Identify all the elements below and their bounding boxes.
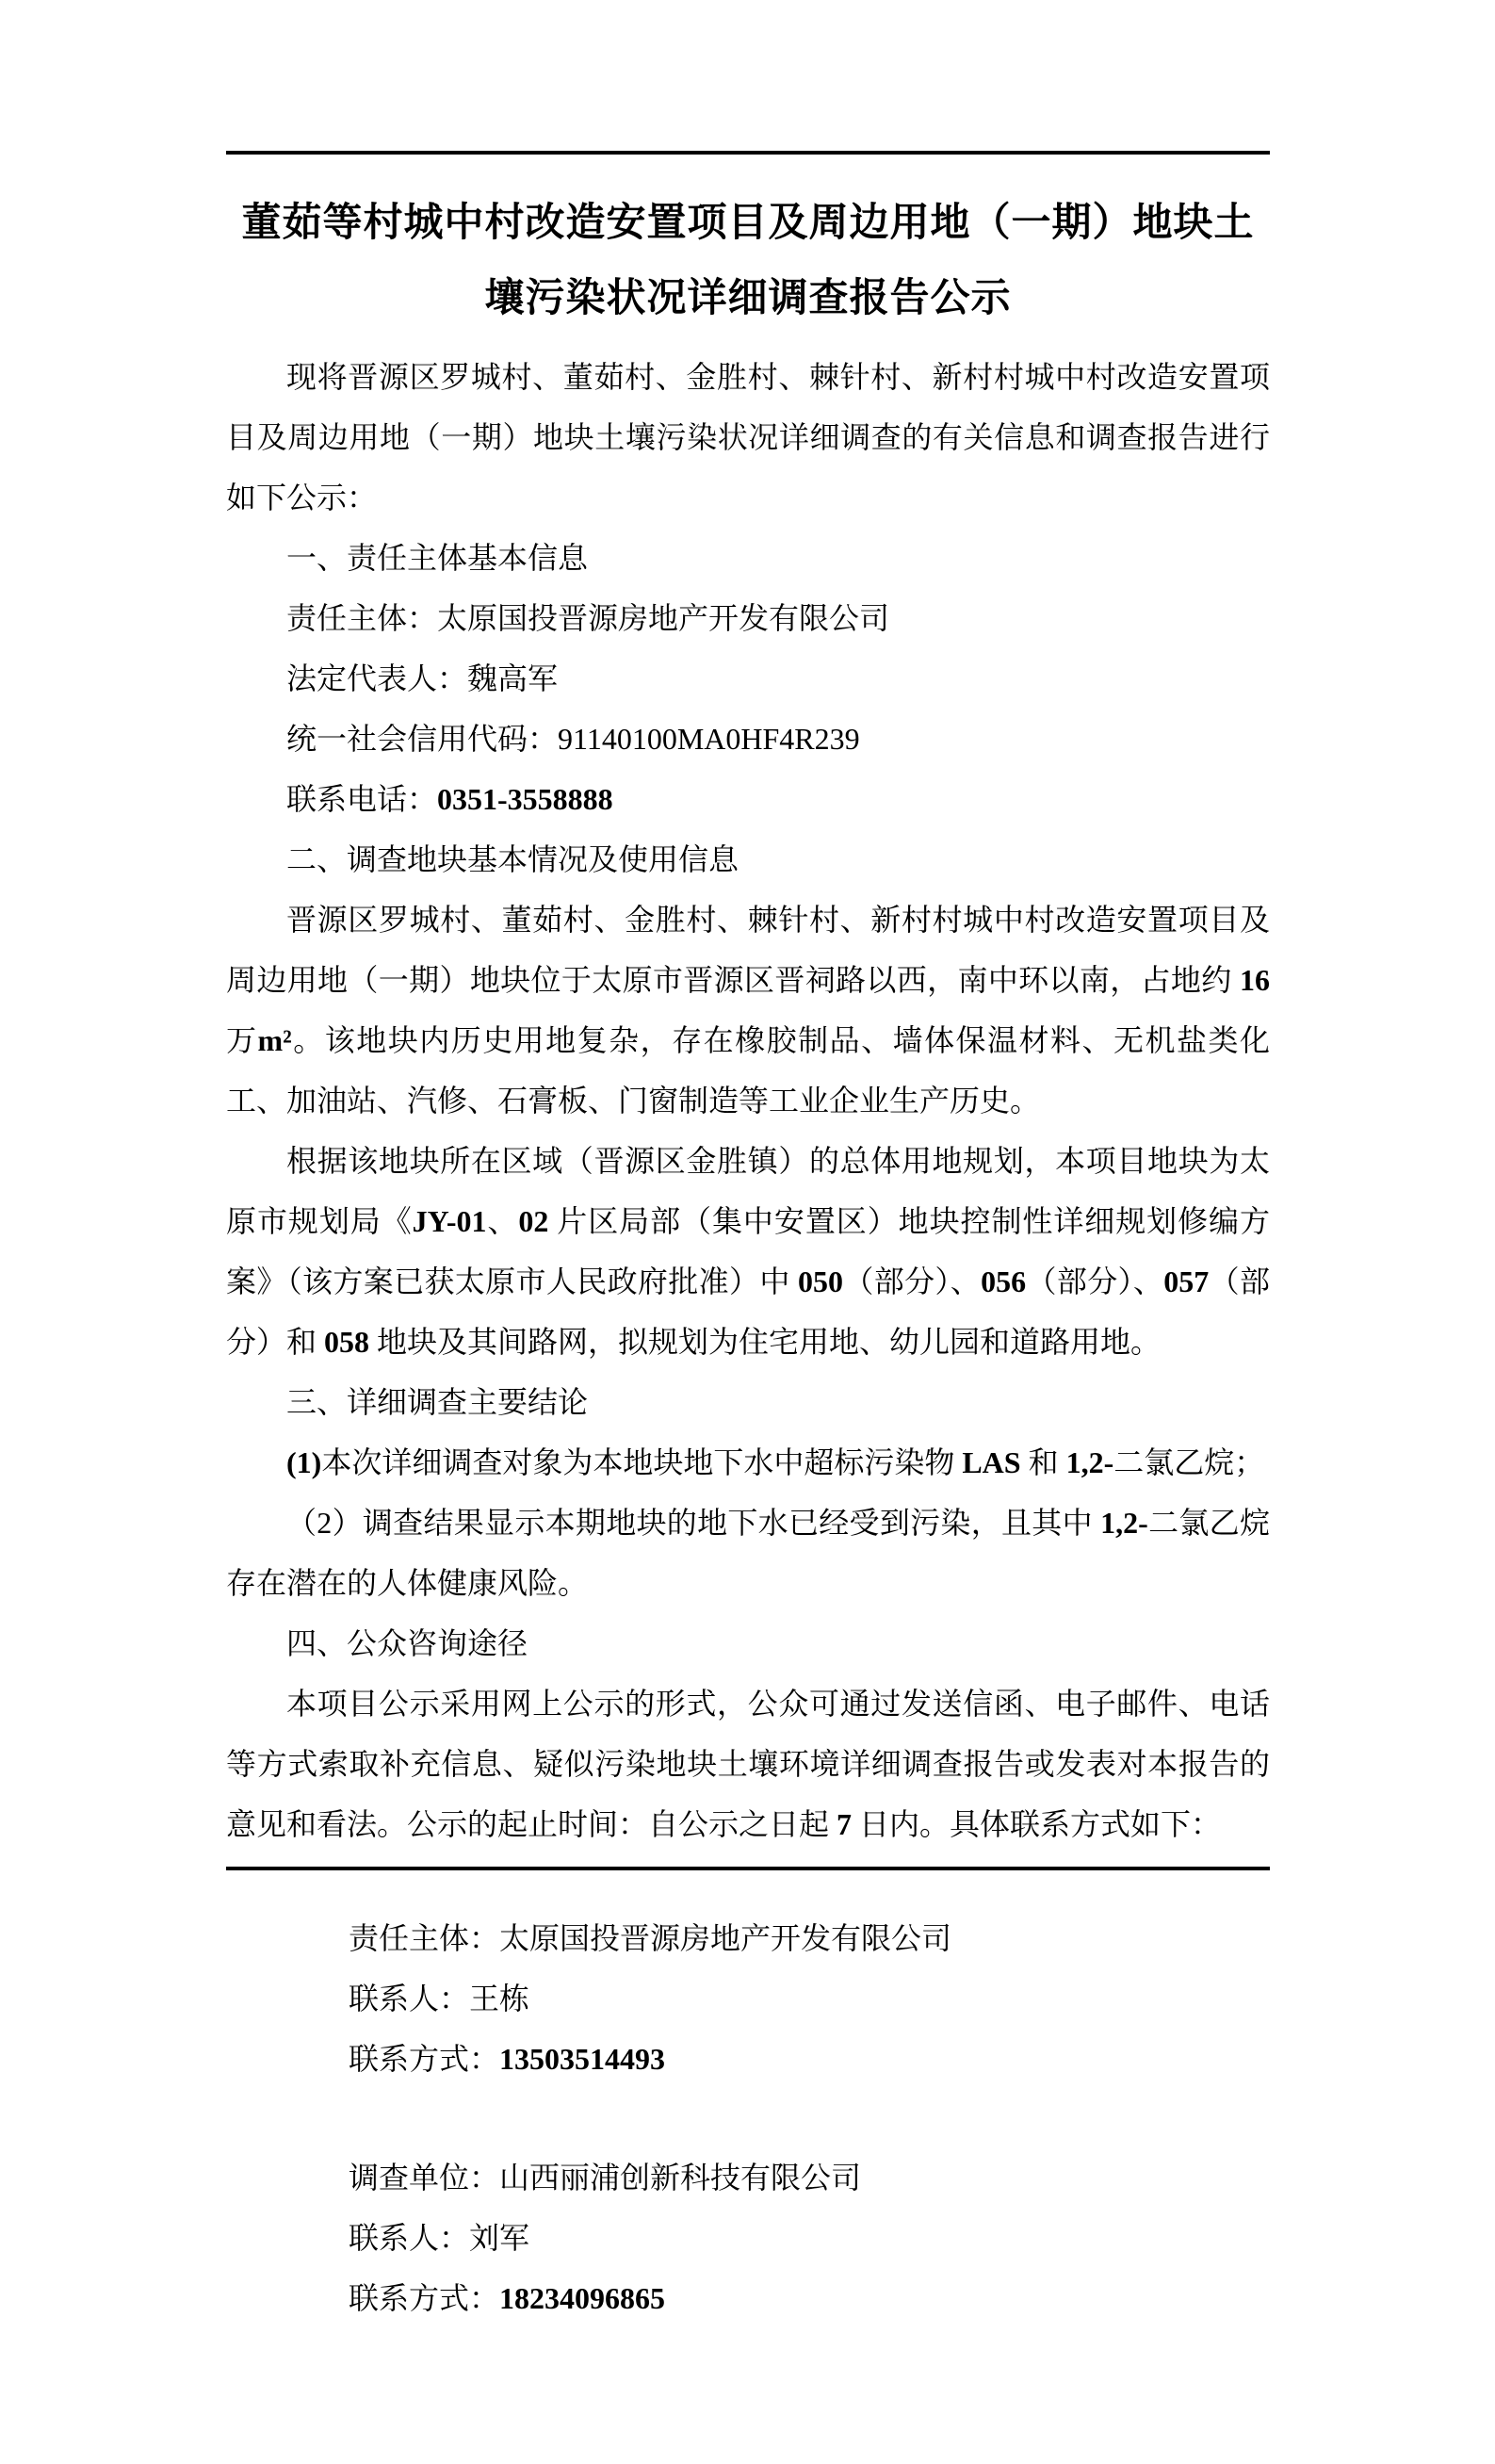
text-run: 一、责任主体基本信息 (286, 541, 588, 575)
plot-overview-paragraph: 晋源区罗城村、董茹村、金胜村、棘针村、新村村城中村改造安置项目及周边用地（一期）… (226, 889, 1270, 1131)
section-1-heading: 一、责任主体基本信息 (226, 528, 1270, 588)
survey-unit-contact-block: 调查单位：山西丽浦创新科技有限公司联系人：刘军联系方式：18234096865 (226, 2147, 1270, 2328)
contact-responsible-party-line: 责任主体：太原国投晋源房地产开发有限公司 (349, 1908, 1270, 1968)
responsible-party-line: 责任主体：太原国投晋源房地产开发有限公司 (226, 588, 1270, 648)
text-run: 联系方式： (349, 2042, 499, 2076)
bold-text-run: 13503514493 (499, 2042, 665, 2076)
text-run: 91140100MA0HF4R239 (558, 722, 860, 756)
bold-text-run: 18234096865 (499, 2281, 665, 2315)
text-run: 联系方式： (349, 2281, 499, 2315)
text-run: （部分）、 (843, 1265, 981, 1298)
bold-text-run: 056 (981, 1265, 1026, 1298)
bold-text-run: 16 (1240, 963, 1270, 997)
responsible-party-contact-block: 责任主体：太原国投晋源房地产开发有限公司联系人：王栋联系方式：135035144… (226, 1908, 1270, 2089)
survey-unit-line: 调查单位：山西丽浦创新科技有限公司 (349, 2147, 1270, 2208)
legal-representative-line: 法定代表人：魏高军 (226, 648, 1270, 709)
bold-text-run: LAS (962, 1445, 1020, 1479)
public-consultation-paragraph: 本项目公示采用网上公示的形式，公众可通过发送信函、电子邮件、电话等方式索取补充信… (226, 1673, 1270, 1854)
contact-section: 责任主体：太原国投晋源房地产开发有限公司联系人：王栋联系方式：135035144… (226, 1908, 1270, 2328)
contact-number-line: 联系方式：18234096865 (349, 2268, 1270, 2328)
contact-number-line: 联系方式：13503514493 (349, 2029, 1270, 2089)
text-run: 地块及其间路网，拟规划为住宅用地、幼儿园和道路用地。 (369, 1325, 1161, 1359)
text-run: 二、调查地块基本情况及使用信息 (286, 842, 739, 876)
section-4-heading: 四、公众咨询途径 (226, 1613, 1270, 1673)
section-2-heading: 二、调查地块基本情况及使用信息 (226, 829, 1270, 889)
bold-text-run: m² (258, 1023, 292, 1057)
bold-text-run: JY-01 (413, 1204, 487, 1238)
text-run: 调查单位：山西丽浦创新科技有限公司 (349, 2161, 861, 2195)
contact-person-line: 联系人：刘军 (349, 2208, 1270, 2268)
bold-text-run: (1) (286, 1445, 321, 1479)
section-3-heading: 三、详细调查主要结论 (226, 1372, 1270, 1432)
conclusion-2-paragraph: （2）调查结果显示本期地块的地下水已经受到污染，且其中 1,2-二氯乙烷存在潜在… (226, 1493, 1270, 1613)
text-run: 联系电话： (286, 782, 437, 816)
notice-document: { "page": { "background_color": "#ffffff… (0, 0, 1495, 2464)
conclusion-1-paragraph: (1)本次详细调查对象为本地块地下水中超标污染物 LAS 和 1,2-二氯乙烷； (226, 1432, 1270, 1493)
text-run: 联系人：王栋 (349, 1982, 529, 2015)
planning-paragraph: 根据该地块所在区域（晋源区金胜镇）的总体用地规划，本项目地块为太原市规划局《JY… (226, 1131, 1270, 1372)
text-run: 本次详细调查对象为本地块地下水中超标污染物 (321, 1445, 962, 1479)
bold-text-run: 02 (518, 1204, 548, 1238)
intro-paragraph: 现将晋源区罗城村、董茹村、金胜村、棘针村、新村村城中村改造安置项目及周边用地（一… (226, 347, 1270, 528)
text-run: 日内。具体联系方式如下： (852, 1807, 1221, 1841)
bold-text-run: 1,2- (1100, 1506, 1148, 1540)
bold-text-run: 0351-3558888 (437, 782, 613, 816)
text-run: 责任主体：太原国投晋源房地产开发有限公司 (349, 1921, 951, 1955)
text-run: 现将晋源区罗城村、董茹村、金胜村、棘针村、新村村城中村改造安置项目及周边用地（一… (226, 360, 1270, 514)
bold-text-run: 057 (1163, 1265, 1209, 1298)
text-run: （2）调查结果显示本期地块的地下水已经受到污染，且其中 (286, 1506, 1100, 1540)
credit-code-line: 统一社会信用代码：91140100MA0HF4R239 (226, 709, 1270, 769)
document-body: 现将晋源区罗城村、董茹村、金胜村、棘针村、新村村城中村改造安置项目及周边用地（一… (226, 347, 1270, 1854)
text-run: 四、公众咨询途径 (286, 1626, 528, 1660)
top-divider (226, 151, 1270, 155)
text-run: 晋源区罗城村、董茹村、金胜村、棘针村、新村村城中村改造安置项目及周边用地（一期）… (226, 903, 1270, 997)
text-run: 二氯乙烷； (1113, 1445, 1264, 1479)
bottom-divider (226, 1867, 1270, 1870)
text-run: 法定代表人：魏高军 (286, 661, 558, 695)
document-page: 董茹等村城中村改造安置项目及周边用地（一期）地块土壤污染状况详细调查报告公示 现… (0, 0, 1495, 2464)
text-run: 联系人：刘军 (349, 2221, 529, 2255)
text-run: 、 (486, 1204, 518, 1238)
bold-text-run: 058 (324, 1325, 369, 1359)
text-run: 统一社会信用代码： (286, 722, 558, 756)
document-title: 董茹等村城中村改造安置项目及周边用地（一期）地块土壤污染状况详细调查报告公示 (226, 185, 1270, 335)
text-run: 。该地块内历史用地复杂，存在橡胶制品、墙体保温材料、无机盐类化工、加油站、汽修、… (226, 1023, 1270, 1118)
contact-person-line: 联系人：王栋 (349, 1968, 1270, 2029)
text-run: 万 (226, 1023, 258, 1057)
bold-text-run: 7 (837, 1807, 852, 1841)
text-run: 和 (1021, 1445, 1066, 1479)
phone-line: 联系电话：0351-3558888 (226, 769, 1270, 829)
text-run: 责任主体：太原国投晋源房地产开发有限公司 (286, 601, 889, 635)
text-run: 三、详细调查主要结论 (286, 1385, 588, 1419)
bold-text-run: 050 (798, 1265, 843, 1298)
text-run: （部分）、 (1026, 1265, 1163, 1298)
bold-text-run: 1,2- (1066, 1445, 1114, 1479)
